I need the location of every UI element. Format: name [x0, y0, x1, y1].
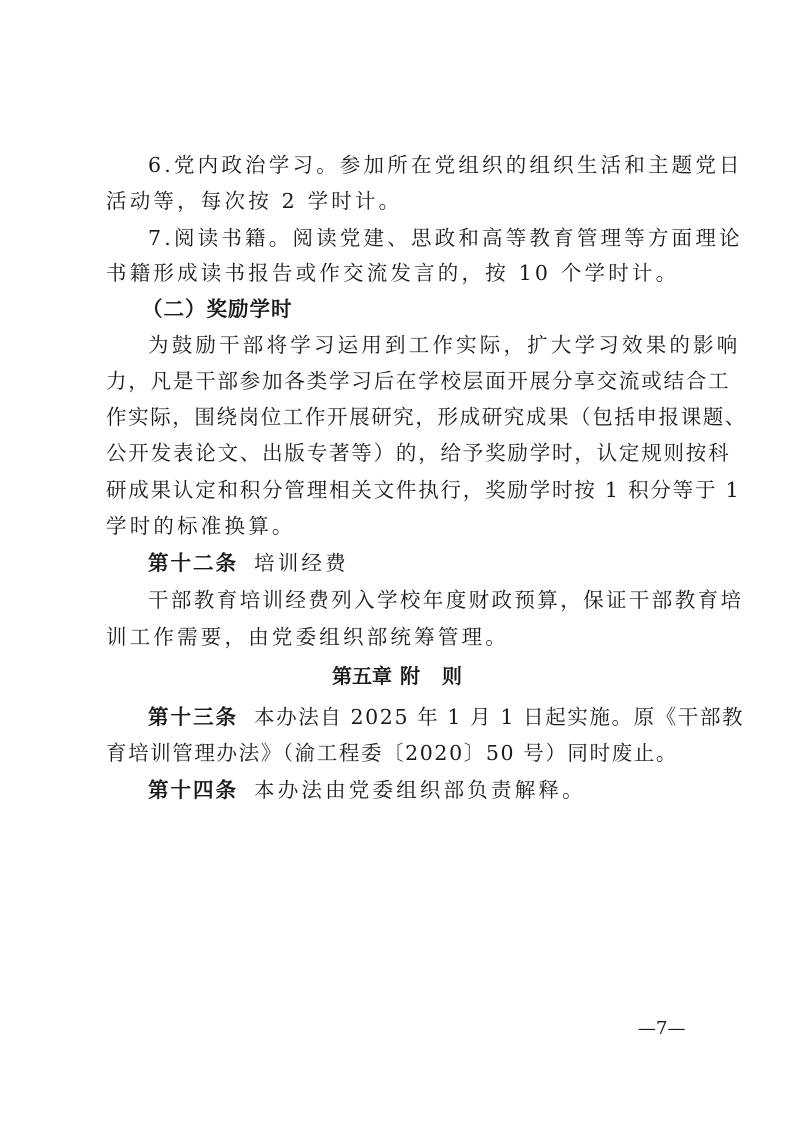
paragraph-line: 干部教育培训经费列入学校年度财政预算，保证干部教育培 [148, 586, 694, 614]
paragraph-line: 书籍形成读书报告或作交流发言的，按 10 个学时计。 [106, 259, 694, 287]
paragraph-line: 公开发表论文、出版专著等）的，给予奖励学时，认定规则按科 [106, 439, 694, 467]
chapter-number: 第五章 [332, 664, 392, 688]
chapter-name-1: 附 [400, 664, 420, 688]
article-13-line: 第十三条本办法自 2025 年 1 月 1 日起实施。原《干部教 [148, 703, 694, 731]
article-label: 第十三条 [148, 705, 238, 729]
paragraph-line: 学时的标准换算。 [106, 512, 694, 540]
article-label: 第十四条 [148, 778, 238, 802]
paragraph-line: 7.阅读书籍。阅读党建、思政和高等教育管理等方面理论 [148, 224, 694, 252]
article-12-heading: 第十二条培训经费 [148, 549, 694, 577]
article-text: 本办法自 2025 年 1 月 1 日起实施。原《干部教 [254, 705, 744, 729]
article-14-line: 第十四条本办法由党委组织部负责解释。 [148, 776, 694, 804]
paragraph-line: 育培训管理办法》（渝工程委〔2020〕50 号）同时废止。 [106, 739, 694, 767]
section-heading: （二）奖励学时 [142, 295, 688, 323]
paragraph-line: 6.党内政治学习。参加所在党组织的组织生活和主题党日 [148, 151, 694, 179]
paragraph-line: 活动等，每次按 2 学时计。 [106, 187, 694, 215]
article-label: 第十二条 [148, 551, 238, 575]
article-text: 本办法由党委组织部负责解释。 [254, 778, 586, 802]
chapter-name-2: 则 [442, 664, 462, 688]
article-title: 培训经费 [254, 551, 349, 575]
paragraph-line: 训工作需要，由党委组织部统筹管理。 [106, 623, 694, 651]
page-number: —7— [638, 1017, 685, 1041]
paragraph-line: 研成果认定和积分管理相关文件执行，奖励学时按 1 积分等于 1 [106, 476, 694, 504]
paragraph-line: 力，凡是干部参加各类学习后在学校层面开展分享交流或结合工 [106, 367, 694, 395]
paragraph-line: 为鼓励干部将学习运用到工作实际，扩大学习效果的影响 [148, 331, 694, 359]
chapter-title: 第五章附则 [0, 662, 794, 690]
paragraph-line: 作实际，围绕岗位工作开展研究，形成研究成果（包括申报课题、 [106, 403, 694, 431]
